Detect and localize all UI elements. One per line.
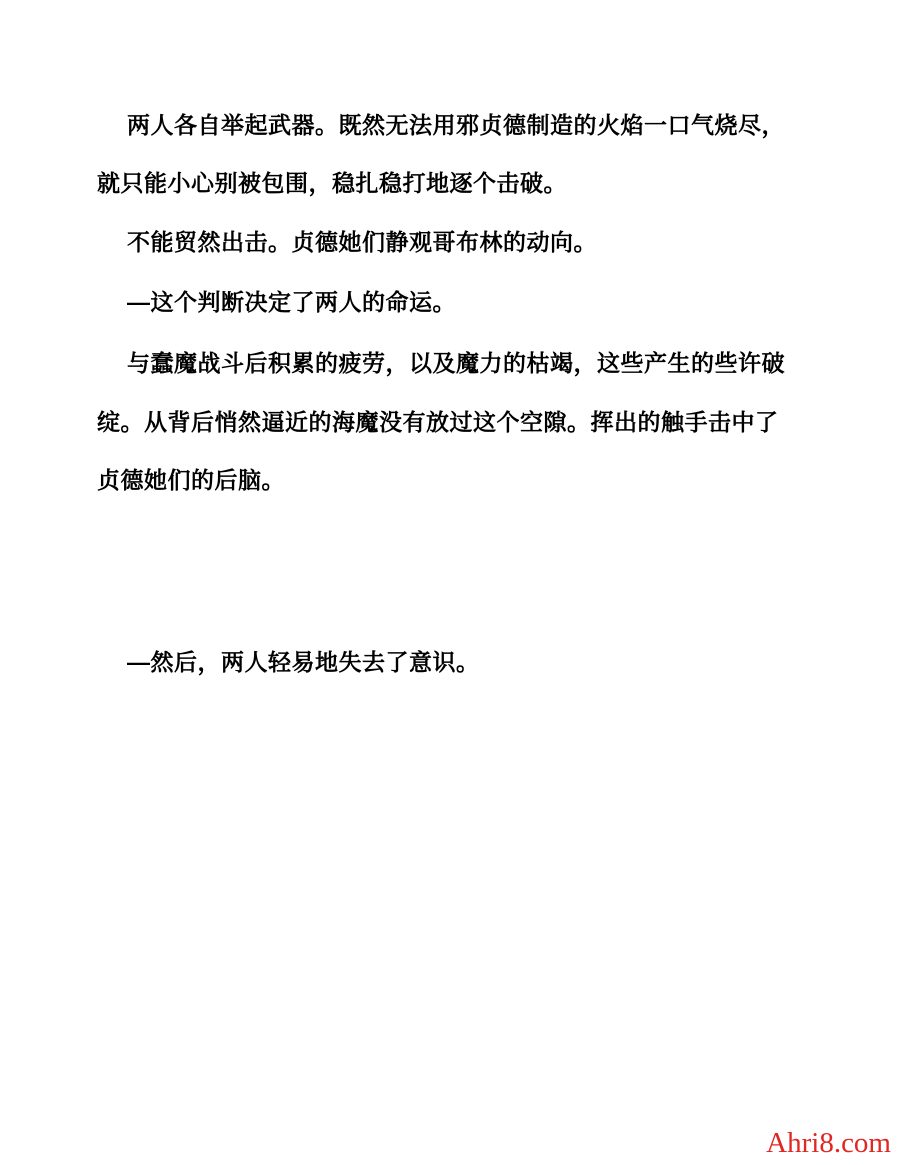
document-page: 两人各自举起武器。既然无法用邪贞德制造的火焰一口气烧尽， 就只能小心别被包围，稳… [0,0,900,1165]
text-line: 就只能小心别被包围，稳扎稳打地逐个击破。 [97,170,567,196]
text-line: 不能贸然出击。贞德她们静观哥布林的动向。 [127,229,597,255]
text-line: —这个判断决定了两人的命运。 [127,289,456,315]
text-line: 两人各自举起武器。既然无法用邪贞德制造的火焰一口气烧尽， [127,112,785,138]
text-line: 绽。从背后悄然逼近的海魔没有放过这个空隙。挥出的触手击中了 [97,409,779,435]
text-line: 贞德她们的后脑。 [97,467,285,493]
text-line: —然后，两人轻易地失去了意识。 [127,649,480,675]
text-line: 与蠢魔战斗后积累的疲劳，以及魔力的枯竭，这些产生的些许破 [127,350,785,376]
watermark: Ahri8.com [766,1127,891,1159]
